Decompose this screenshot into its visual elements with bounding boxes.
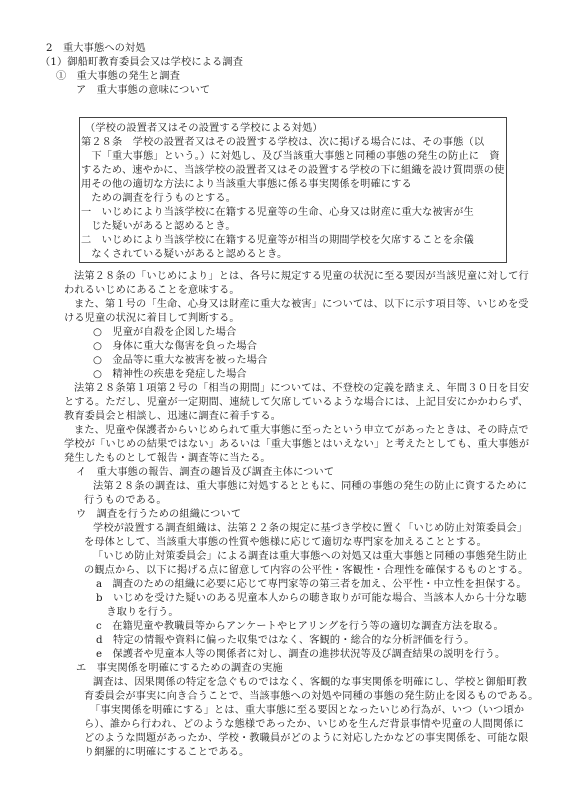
paragraph-line: 発生したものとして報告・調査等に当たる。: [64, 451, 271, 466]
law-box-line: 一 いじめにより当該学校に在籍する児童等の生命、心身又は財産に重大な被害が生: [81, 205, 474, 220]
law-box-line: じた疑いがあると認めるとき。: [81, 219, 236, 234]
paragraph-line: 調査は、因果関係の特定を急ぐものではなく、客観的な事実関係を明確にし、学校と御船…: [93, 675, 527, 690]
u-heading: ウ 調査を行うための組織について: [76, 507, 241, 522]
section-heading: 2 重大事態への対処: [46, 41, 146, 56]
e-heading: エ 事実関係を明確にするための調査の実施: [76, 661, 283, 676]
bullet-item: ○ 身体に重大な傷害を負った場合: [93, 339, 257, 354]
i-heading: イ 重大事態の報告、調査の趣旨及び調査主体について: [76, 465, 334, 480]
paragraph-line: 法第２８条の調査は、重大事態に対処するとともに、同種の事態の発生の防止に資するた…: [93, 479, 527, 494]
item-heading: ① 重大事態の発生と調査: [56, 69, 180, 84]
list-item: b いじめを受けた疑いのある児童本人からの聴き取りが可能な場合、当該本人から十分…: [96, 591, 527, 606]
paragraph-line: ら）、誰から行われ、どのような態様であったか、いじめを生んだ背景事情や児童の人間…: [84, 717, 524, 732]
paragraph-line: 学校が設置する調査組織は、法第２２条の規定に基づき学校に置く「いじめ防止対策委員…: [93, 521, 527, 536]
paragraph-line: 法第２８条第１項第２号の「相当の期間」については、不登校の定義を踏まえ、年間３０…: [74, 381, 529, 396]
law-box-line: 用その他の適切な方法により当該重大事態に係る事実関係を明確にする: [81, 177, 412, 192]
list-item: c 在籍児童や教職員等からアンケートやヒアリングを行う等の適切な調査方法を取る。: [96, 619, 504, 634]
paragraph-line: また、第１号の「生命、心身又は財産に重大な被害」については、以下に示す項目等、い…: [74, 297, 529, 312]
law-box-line: するため、速やかに、当該学校の設置者又はその設置する学校の下に組織を設け質問票の…: [81, 163, 504, 178]
bullet-item: ○ 児童が自殺を企図した場合: [93, 325, 236, 340]
paragraph-line: ける児童の状況に着目して判断する。: [64, 311, 240, 326]
document-page: 2 重大事態への対処 （1）御船町教育委員会又は学校による調査 ① 重大事態の発…: [0, 0, 566, 800]
law-box-line: 下「重大事態」という。）に対処し、及び当該重大事態と同種の事態の発生の防止に 資: [81, 149, 500, 164]
paragraph-line: り網羅的に明確にすることである。: [84, 745, 249, 760]
law-box-line: なくされている疑いがあると認めるとき。: [81, 247, 287, 262]
list-item: d 特定の情報や資料に偏った収集ではなく、客観的・総合的な分析評価を行う。: [96, 633, 475, 648]
list-item: き取りを行う。: [96, 605, 179, 620]
paragraph-line: 教育委員会と相談し、迅速に調査に着手する。: [64, 409, 281, 424]
bullet-item: ○ 金品等に重大な被害を被った場合: [93, 353, 267, 368]
bullet-item: ○ 精神性の疾患を発症した場合: [93, 367, 247, 382]
paragraph-line: 「事実関係を明確にする」とは、重大事態に至る要因となったいじめ行為が、いつ（いつ…: [90, 703, 524, 718]
paragraph-line: 育委員会が事実に向き合うことで、当該事態への対処や同種の事態の発生防止を図るもの…: [84, 689, 539, 704]
paragraph-line: を母体として、当該重大事態の性質や態様に応じて適切な専門家を加えることとする。: [84, 535, 487, 550]
a-heading: ア 重大事態の意味について: [76, 83, 210, 98]
paragraph-line: の観点から、以下に掲げる点に留意して内容の公平性・客観性・合理性を確保するものと…: [84, 563, 529, 578]
paragraph-line: とする。ただし、児童が一定期間、連続して欠席しているような場合には、上記目安にか…: [64, 395, 528, 410]
paragraph-line: 学校が「いじめの結果ではない」あるいは「重大事態とはいえない」と考えたとしても、…: [64, 437, 529, 452]
paragraph-line: また、児童や保護者からいじめられて重大事態に至ったという申立てがあったときは、そ…: [74, 423, 529, 438]
paragraph-line: どのような問題があったか、学校・教職員がどのように対応したかなどの事実関係を、可…: [84, 731, 528, 746]
law-box-line: 第２８条 学校の設置者又はその設置する学校は、次に掲げる場合には、その事態（以: [81, 135, 484, 150]
subsection-heading: （1）御船町教育委員会又は学校による調査: [40, 55, 243, 70]
list-item: a 調査のための組織に必要に応じて専門家等の第三者を加え、公平性・中立性を担保す…: [96, 577, 527, 592]
paragraph-line: 「いじめ防止対策委員会」による調査は重大事態への対処又は重大事態と同種の事態発生…: [93, 549, 527, 564]
law-box-line: 二 いじめにより当該学校に在籍する児童等が相当の期間学校を欠席することを余儀: [81, 233, 474, 248]
law-box-title: （学校の設置者又はその設置する学校による対処）: [85, 121, 323, 136]
paragraph-line: 行うものである。: [84, 493, 167, 508]
law-box-line: ための調査を行うものとする。: [81, 191, 236, 206]
paragraph-line: われるいじめにあることを意味する。: [64, 283, 240, 298]
paragraph-line: 法第２８条の「いじめにより」とは、各号に規定する児童の状況に至る要因が当該児童に…: [74, 269, 529, 284]
list-item: e 保護者や児童本人等の関係者に対し、調査の進捗状況等及び調査結果の説明を行う。: [96, 647, 505, 662]
